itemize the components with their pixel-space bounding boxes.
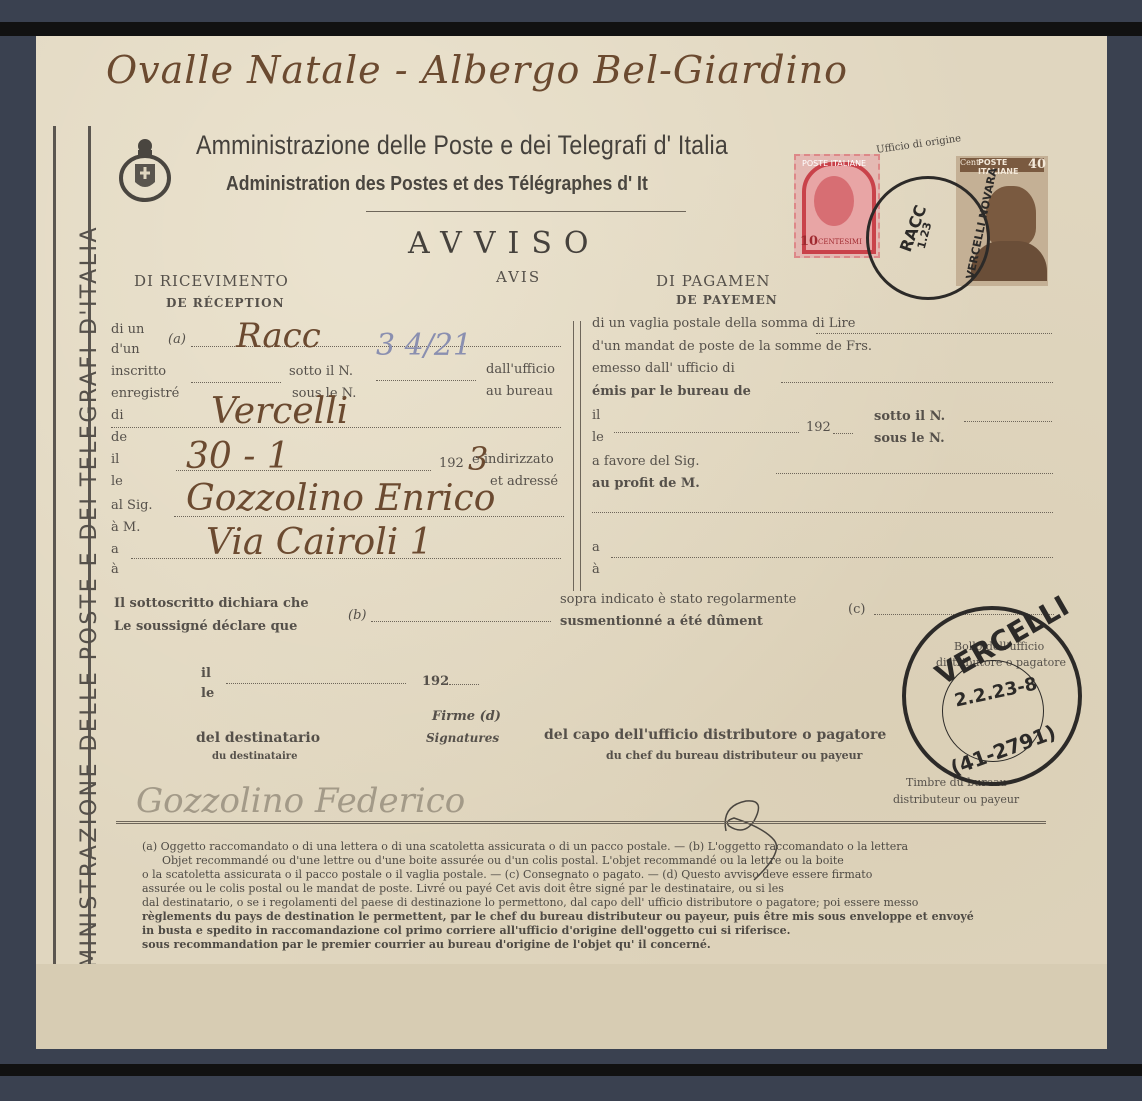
left-heading-it: DI RICEVIMENTO: [134, 272, 289, 290]
declaration-il: il: [201, 666, 211, 681]
label-di: di: [111, 408, 123, 423]
field-inscritto-line[interactable]: [191, 382, 281, 383]
receipt-form: Ovalle Natale - Albergo Bel-Giardino AMM…: [36, 36, 1107, 1049]
field-payee-line-2[interactable]: [592, 512, 1053, 513]
footnote-line: (a) Oggetto raccomandato o di una letter…: [142, 840, 1052, 854]
label-indirizzato: e indirizzato: [472, 452, 554, 467]
label-right-year-prefix: 192: [806, 420, 831, 435]
column-divider: [573, 321, 574, 591]
footnote-line: assurée ou le colis postal ou le mandat …: [142, 882, 1052, 896]
postmark-origin: RACC 1.23 VERCELLI NOVARA: [866, 176, 990, 300]
label-de: de: [111, 430, 127, 445]
label-di-un: di un: [111, 322, 144, 337]
recipient-signature-label-it: del destinatario: [196, 730, 320, 746]
label-favore-fr: au profit de M.: [592, 476, 700, 491]
footnotes-divider: [116, 821, 1046, 824]
declaration-cont-fr: susmentionné a été dûment: [560, 614, 763, 629]
office-origin-label: Ufficio di origine: [876, 133, 962, 156]
label-enregistre: enregistré: [111, 386, 179, 401]
label-favore-it: a favore del Sig.: [592, 454, 699, 469]
field-declaration-date-line[interactable]: [226, 683, 406, 684]
label-a-m: à M.: [111, 520, 140, 535]
field-number-value: 3 4/21: [376, 328, 472, 363]
title-italian: Amministrazione delle Poste e dei Telegr…: [196, 130, 728, 161]
label-right-a: a: [592, 540, 600, 555]
king-portrait-icon: [814, 176, 854, 226]
right-heading-it: DI PAGAMEN: [656, 272, 771, 290]
label-right-a-grave: à: [592, 562, 600, 577]
field-address-value: Via Cairoli 1: [206, 522, 433, 563]
title-french: Administration des Postes et des Télégra…: [226, 173, 648, 196]
field-right-date-line[interactable]: [614, 432, 799, 433]
footnote-line: dal destinatario, o se i regolamenti del…: [142, 896, 1052, 910]
declaration-fr: Le soussigné déclare que: [114, 619, 297, 634]
label-vaglia-fr: d'un mandat de poste de la somme de Frs.: [592, 339, 872, 354]
label-year-prefix: 192: [439, 456, 464, 471]
footnote-line: Objet recommandé ou d'une lettre ou d'un…: [142, 854, 1052, 868]
label-dall-ufficio: dall'ufficio: [486, 362, 555, 377]
label-d-un: d'un: [111, 342, 140, 357]
signatures-heading-it: Firme (d): [432, 709, 501, 724]
marker-b: (b): [348, 608, 366, 623]
footnote-line: in busta e spedito in raccomandazione co…: [142, 924, 1052, 938]
label-vaglia-it: di un vaglia postale della somma di Lire: [592, 316, 855, 331]
left-heading-fr: DE RÉCEPTION: [166, 296, 285, 310]
handwritten-header: Ovalle Natale - Albergo Bel-Giardino: [106, 48, 848, 92]
label-adresse: et adressé: [490, 474, 558, 489]
frame-left-line: [53, 126, 56, 966]
field-item-value: Racc: [236, 316, 321, 356]
coat-of-arms-icon: [116, 134, 174, 204]
footnote-line: o la scatoletta assicurata o il pacco po…: [142, 868, 1052, 882]
declaration-cont-it: sopra indicato è stato regolarmente: [560, 592, 796, 607]
postmark-vercelli: VERCELLI 2.2.23-8 (41-2791): [902, 606, 1082, 786]
footnote-line: règlements du pays de destination le per…: [142, 910, 1052, 924]
right-heading-fr: DE PAYEMEN: [676, 293, 778, 307]
footnote-line: sous recommandation par le premier courr…: [142, 938, 1052, 952]
footnotes: (a) Oggetto raccomandato o di una letter…: [142, 840, 1052, 952]
marker-c: (c): [848, 602, 865, 617]
declaration-year-prefix: 192: [422, 674, 449, 689]
marker-a: (a): [168, 332, 186, 347]
label-al-sig: al Sig.: [111, 498, 153, 513]
field-addressee-value: Gozzolino Enrico: [186, 478, 495, 519]
label-sotto-il-n: sotto il N.: [289, 364, 353, 379]
form-subtitle: AVIS: [496, 268, 541, 286]
label-au-bureau: au bureau: [486, 384, 553, 399]
label-right-le: le: [592, 430, 604, 445]
label-emesso-it: emesso dall' ufficio di: [592, 361, 735, 376]
sidebar-vertical-text: AMMINISTRAZIONE DELLE POSTE E DEI TELEGR…: [77, 206, 107, 1026]
chief-signature-label-it: del capo dell'ufficio distributore o pag…: [544, 727, 886, 743]
label-a-grave: à: [111, 562, 119, 577]
header-divider: [366, 211, 686, 212]
column-divider-2: [580, 321, 581, 591]
declaration-le: le: [201, 686, 214, 701]
stamp-value: 10: [800, 234, 818, 249]
label-le: le: [111, 474, 123, 489]
scan-shadow-top: [0, 22, 1142, 36]
recipient-signature-label-fr: du destinataire: [212, 751, 297, 762]
field-payee-line[interactable]: [776, 473, 1053, 474]
stamp-country: POSTE ITALIANE: [802, 159, 866, 168]
stamp-unit: Cent: [960, 158, 979, 167]
field-date-value: 30 - 1: [186, 436, 290, 477]
label-a: a: [111, 542, 119, 557]
declaration-it: Il sottoscritto dichiara che: [114, 596, 309, 611]
field-right-year-line[interactable]: [833, 433, 853, 434]
label-right-il: il: [592, 408, 600, 423]
field-issuing-office-line[interactable]: [781, 382, 1053, 383]
label-il: il: [111, 452, 119, 467]
label-emesso-fr: émis par le bureau de: [592, 384, 751, 399]
field-amount-line[interactable]: [816, 333, 1052, 334]
paper-lower-margin: [36, 964, 1107, 1049]
field-office-value: Vercelli: [211, 391, 348, 432]
field-number-line[interactable]: [376, 380, 476, 381]
form-title: AVVISO: [408, 226, 601, 261]
field-right-number-line[interactable]: [964, 421, 1052, 422]
signatures-heading-fr: Signatures: [426, 731, 499, 745]
label-right-sotto-il-n: sotto il N.: [874, 409, 945, 424]
label-right-sous-le-n: sous le N.: [874, 431, 945, 446]
field-declaration-year-line[interactable]: [449, 684, 479, 685]
stamp-value: 40: [1028, 157, 1046, 172]
field-right-address-line[interactable]: [611, 557, 1053, 558]
label-inscritto: inscritto: [111, 364, 166, 379]
field-declaration-line[interactable]: [371, 621, 551, 622]
scan-shadow-bottom: [0, 1064, 1142, 1076]
recipient-signature: Gozzolino Federico: [136, 781, 465, 821]
stamp-unit: CENTESIMI: [818, 238, 862, 246]
timbre-caption-2: distributeur ou payeur: [893, 793, 1019, 806]
chief-signature-label-fr: du chef du bureau distributeur ou payeur: [606, 749, 862, 762]
